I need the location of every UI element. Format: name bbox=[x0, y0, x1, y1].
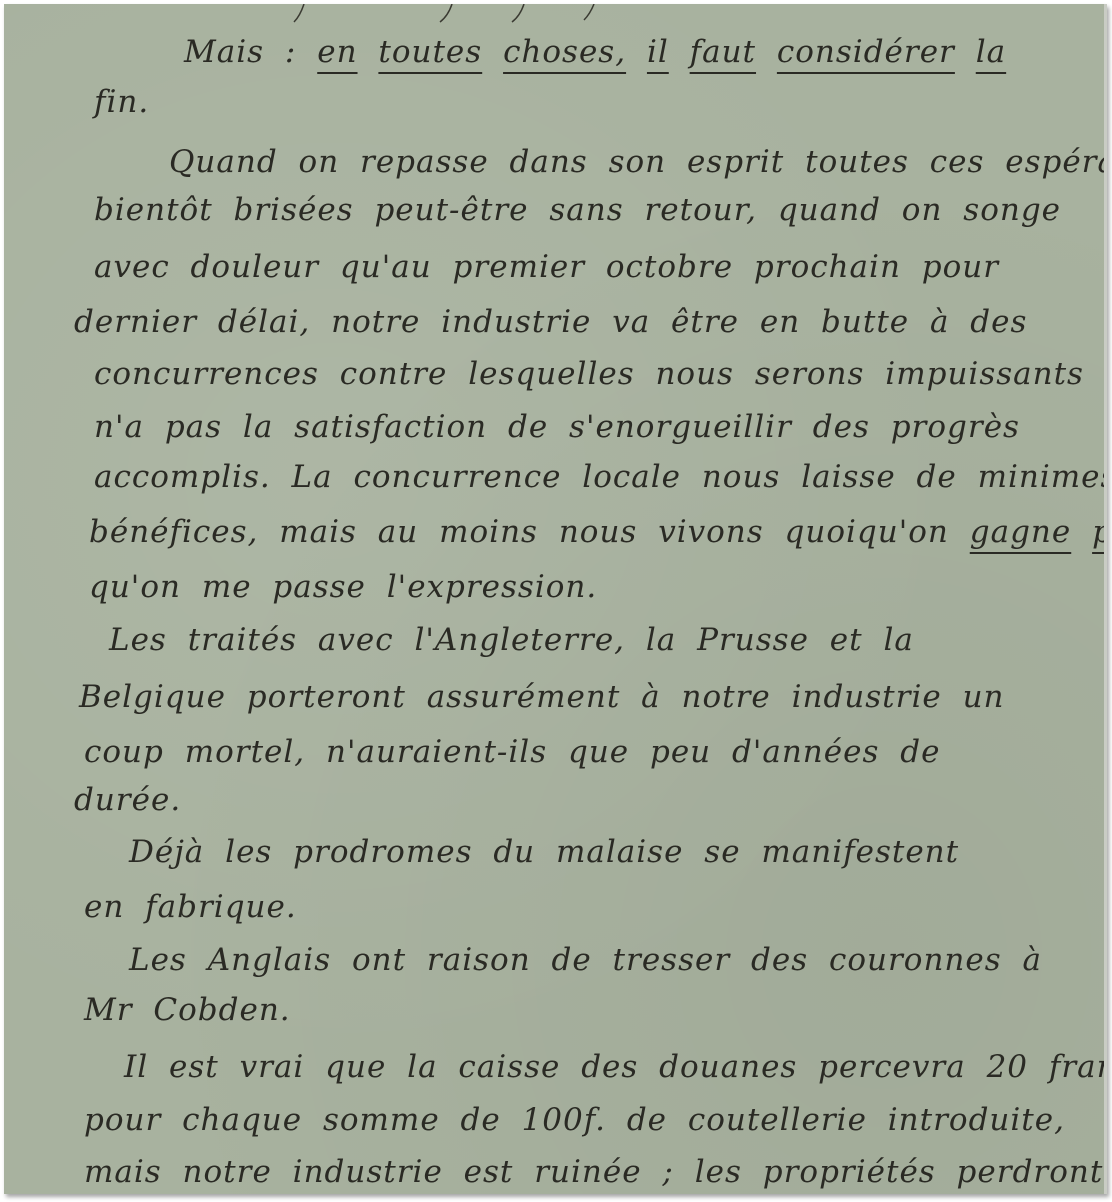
text-line: Il est vrai que la caisse des douanes pe… bbox=[124, 1049, 1107, 1085]
text-line: Quand on repasse dans son esprit toutes … bbox=[169, 144, 1107, 180]
word: la bbox=[976, 34, 1006, 70]
previous-line-descenders bbox=[4, 4, 1104, 24]
text-line: en fabrique. bbox=[84, 889, 297, 925]
word: petit bbox=[1092, 514, 1107, 550]
text-line: qu'on me passe l'expression. bbox=[89, 569, 597, 605]
text-line: Mais : en toutes choses, il faut considé… bbox=[184, 34, 1006, 70]
text-line: pour chaque somme de 100f. de coutelleri… bbox=[84, 1102, 1065, 1138]
text-line: dernier délai, notre industrie va être e… bbox=[74, 304, 1027, 340]
text-line: durée. bbox=[74, 782, 181, 818]
word: gagne bbox=[970, 514, 1071, 550]
text-line: Les traités avec l'Angleterre, la Prusse… bbox=[109, 622, 914, 658]
word: faut bbox=[690, 34, 756, 70]
text-line: bientôt brisées peut-être sans retour, q… bbox=[94, 192, 1061, 228]
word: toutes bbox=[378, 34, 482, 70]
text-line: fin. bbox=[94, 84, 149, 120]
word: choses, bbox=[503, 34, 626, 70]
word: Mais bbox=[184, 34, 264, 70]
word: considérer bbox=[777, 34, 955, 70]
word: mais bbox=[279, 514, 357, 550]
word: il bbox=[647, 34, 669, 70]
text-line: coup mortel, n'auraient-ils que peu d'an… bbox=[84, 734, 940, 770]
text-line: Les Anglais ont raison de tresser des co… bbox=[129, 942, 1042, 978]
text-line: n'a pas la satisfaction de s'enorgueilli… bbox=[94, 409, 1020, 445]
text-line: bénéfices, mais au moins nous vivons quo… bbox=[89, 514, 1107, 550]
word: : bbox=[285, 34, 296, 70]
word: quoiqu'on bbox=[785, 514, 949, 550]
word: vivons bbox=[658, 514, 763, 550]
word: en bbox=[317, 34, 357, 70]
text-line: Belgique porteront assurément à notre in… bbox=[79, 679, 1005, 715]
word: moins bbox=[439, 514, 538, 550]
word: au bbox=[378, 514, 418, 550]
text-line: mais notre industrie est ruinée ; les pr… bbox=[84, 1154, 1107, 1190]
word: nous bbox=[559, 514, 638, 550]
text-line: accomplis. La concurrence locale nous la… bbox=[94, 459, 1107, 495]
text-line: concurrences contre lesquelles nous sero… bbox=[94, 356, 1107, 392]
word: bénéfices, bbox=[89, 514, 258, 550]
text-line: Déjà les prodromes du malaise se manifes… bbox=[129, 834, 959, 870]
text-line: avec douleur qu'au premier octobre proch… bbox=[94, 249, 999, 285]
manuscript-page: Mais : en toutes choses, il faut considé… bbox=[4, 4, 1107, 1194]
text-line: Mr Cobden. bbox=[84, 992, 291, 1028]
